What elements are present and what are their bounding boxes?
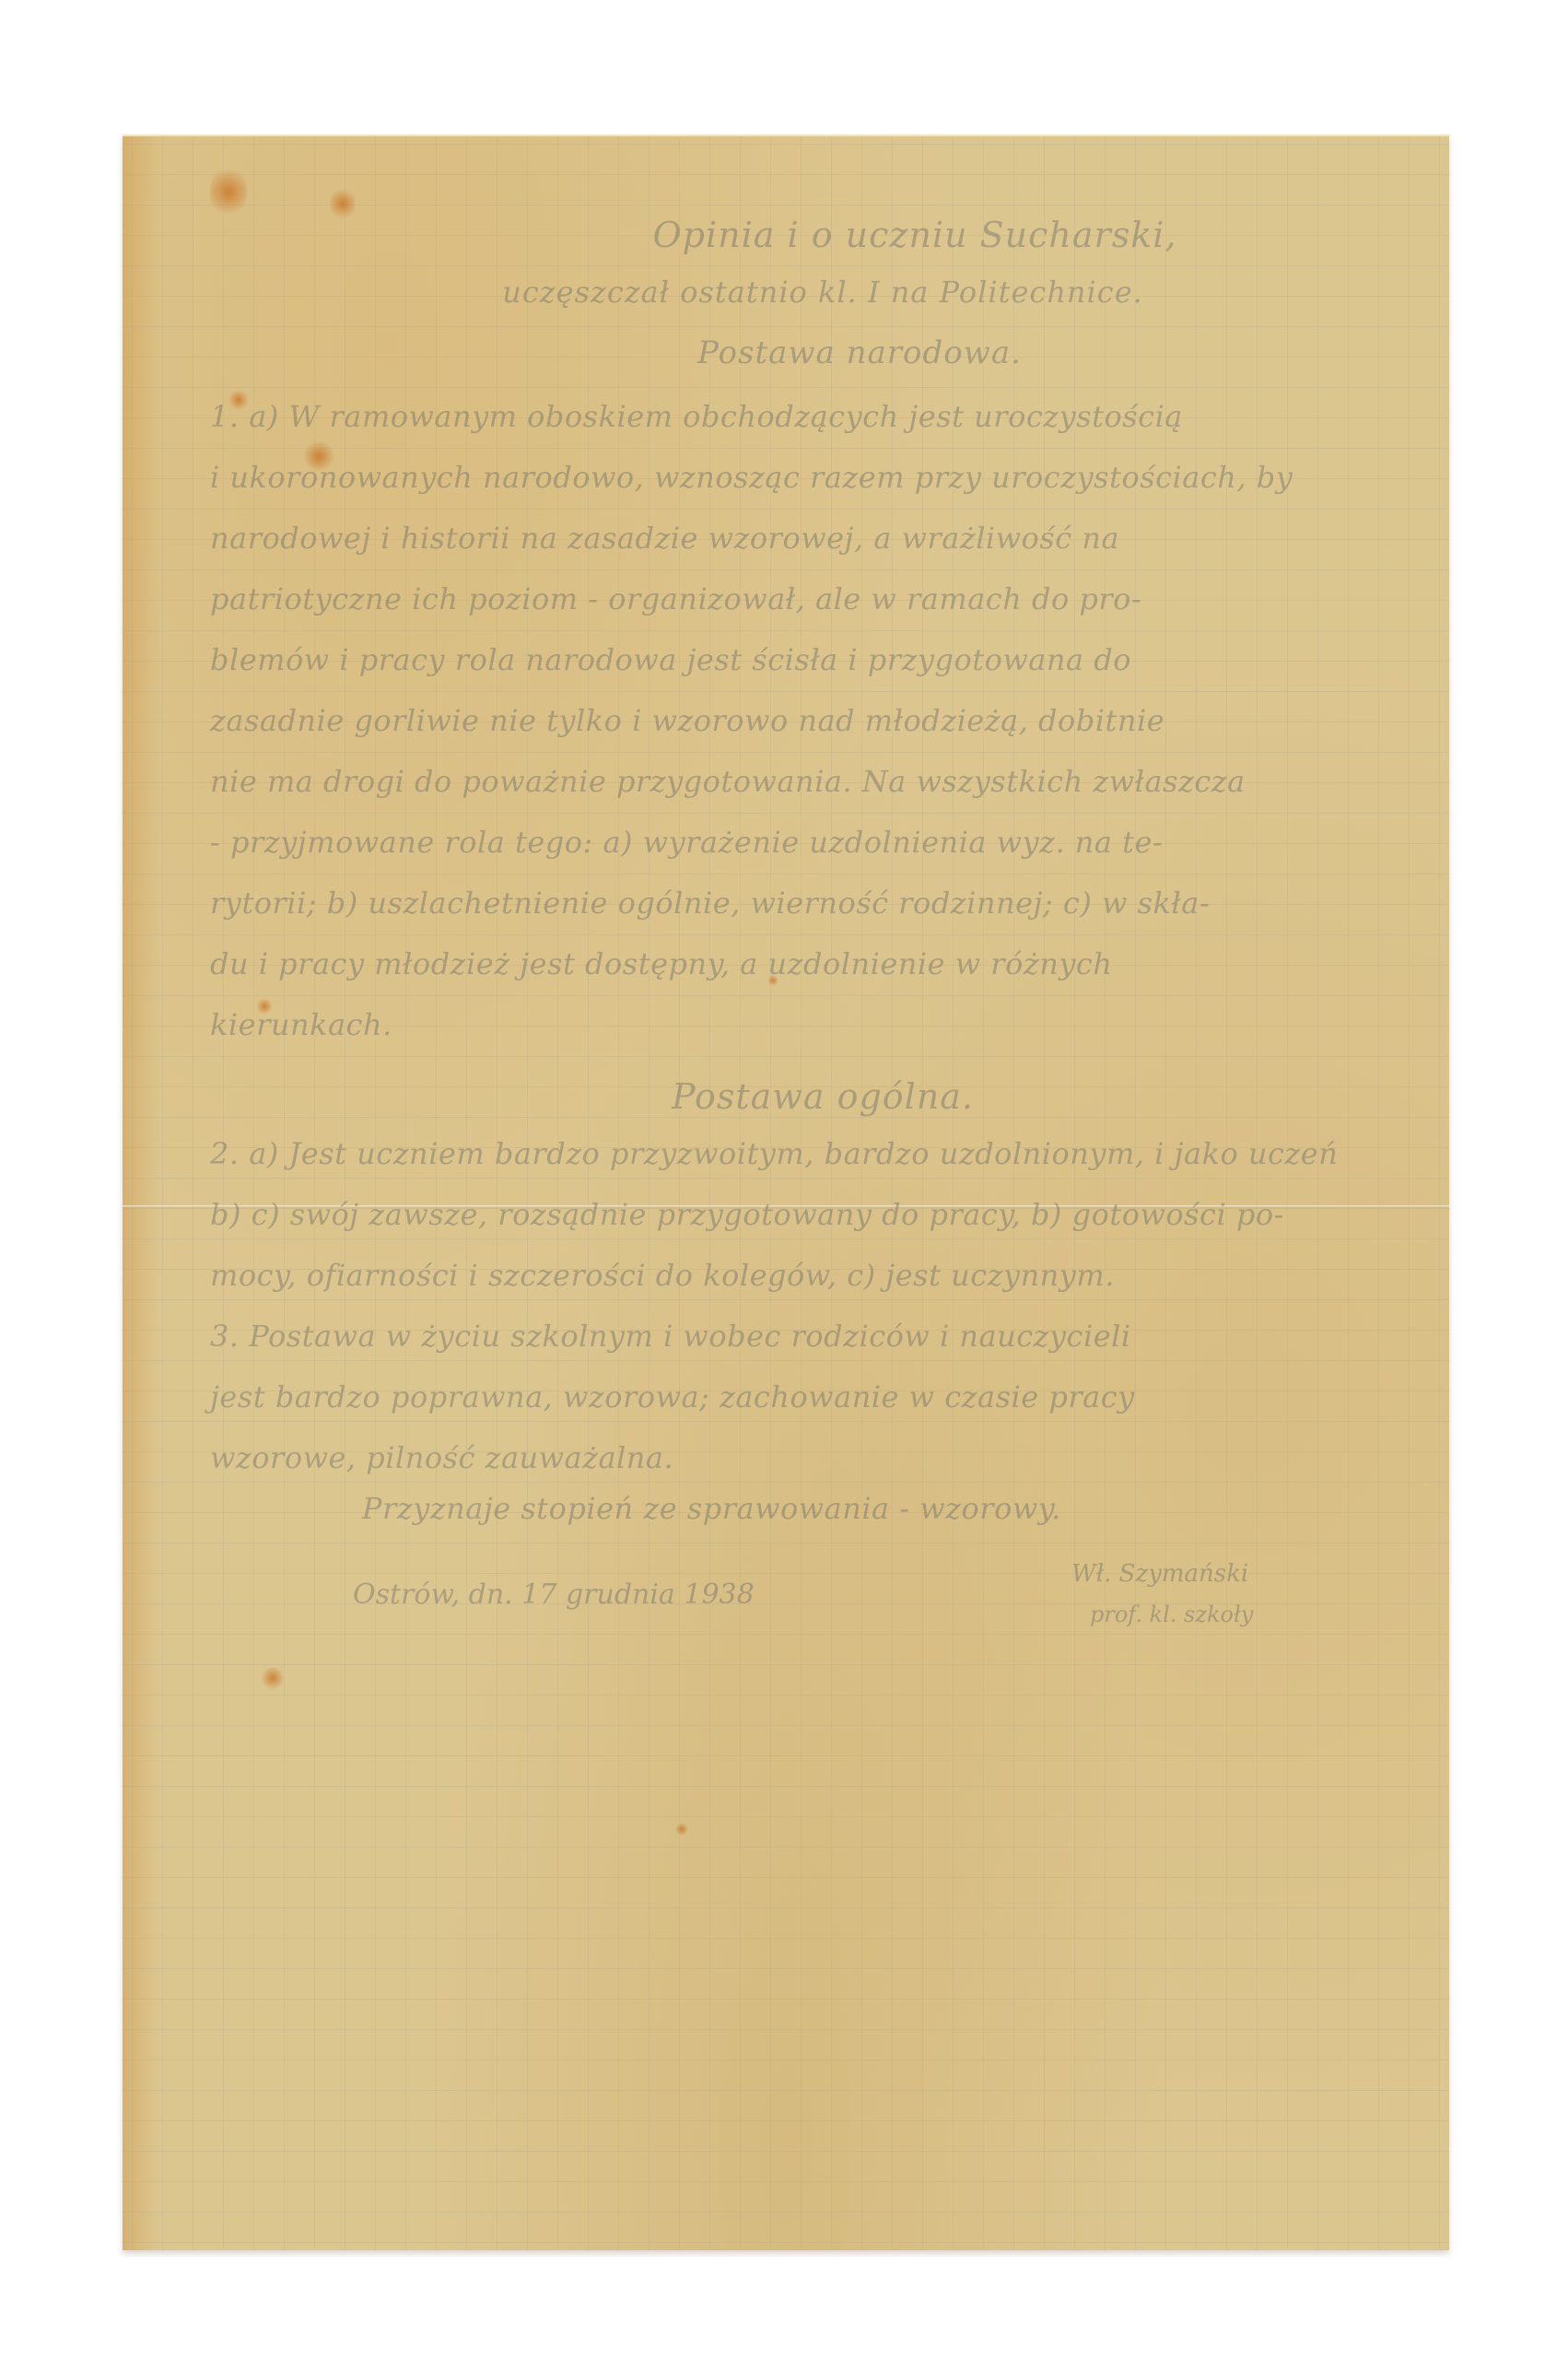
handwritten-text: Opinia i o uczniu Sucharski, uczęszczał … [123, 136, 1449, 2250]
title-line-1: Opinia i o uczniu Sucharski, [252, 215, 1568, 255]
section1-line: i ukoronowanych narodowo, wznosząc razem… [210, 460, 1343, 495]
signer-title: prof. kl. szkoły [1090, 1602, 1253, 1627]
title-line-3: Postawa narodowa. [196, 334, 1523, 371]
section1-line: rytorii; b) uszlachetnienie ogólnie, wie… [210, 886, 1343, 921]
signer-name: Wł. Szymański [1071, 1560, 1248, 1588]
section1-line: narodowej i historii na zasadzie wzorowe… [210, 521, 1343, 556]
section2-line: b) c) swój zawsze, rozsądnie przygotowan… [210, 1197, 1343, 1232]
section1-line: blemów i pracy rola narodowa jest ścisła… [210, 642, 1343, 677]
section2-line: wzorowe, pilność zauważalna. [210, 1440, 1343, 1475]
closing-line: Przyznaje stopień ze sprawowania - wzoro… [362, 1491, 1061, 1526]
section1-line: nie ma drogi do poważnie przygotowania. … [210, 764, 1343, 799]
section2-line: 3. Postawa w życiu szkolnym i wobec rodz… [210, 1319, 1343, 1354]
section1-line: zasadnie gorliwie nie tylko i wzorowo na… [210, 703, 1343, 738]
document-page: Opinia i o uczniu Sucharski, uczęszczał … [123, 135, 1449, 2250]
section2-line: jest bardzo poprawna, wzorowa; zachowani… [210, 1379, 1343, 1414]
section1-line: du i pracy młodzież jest dostępny, a uzd… [210, 946, 1343, 981]
section1-line: patriotyczne ich poziom - organizował, a… [210, 581, 1343, 616]
section2-heading: Postawa ogólna. [159, 1076, 1486, 1117]
section1-line: - przyjmowane rola tego: a) wyrażenie uz… [210, 825, 1343, 860]
place-date: Ostrów, dn. 17 grudnia 1938 [353, 1579, 755, 1611]
section1-line: 1. a) W ramowanym oboskiem obchodzących … [210, 399, 1343, 434]
section1-line: kierunkach. [210, 1007, 1343, 1042]
section2-line: mocy, ofiarności i szczerości do kolegów… [210, 1258, 1343, 1293]
section2-line: 2. a) Jest uczniem bardzo przyzwoitym, b… [210, 1136, 1343, 1171]
title-line-2: uczęszczał ostatnio kl. I na Politechnic… [159, 275, 1486, 310]
